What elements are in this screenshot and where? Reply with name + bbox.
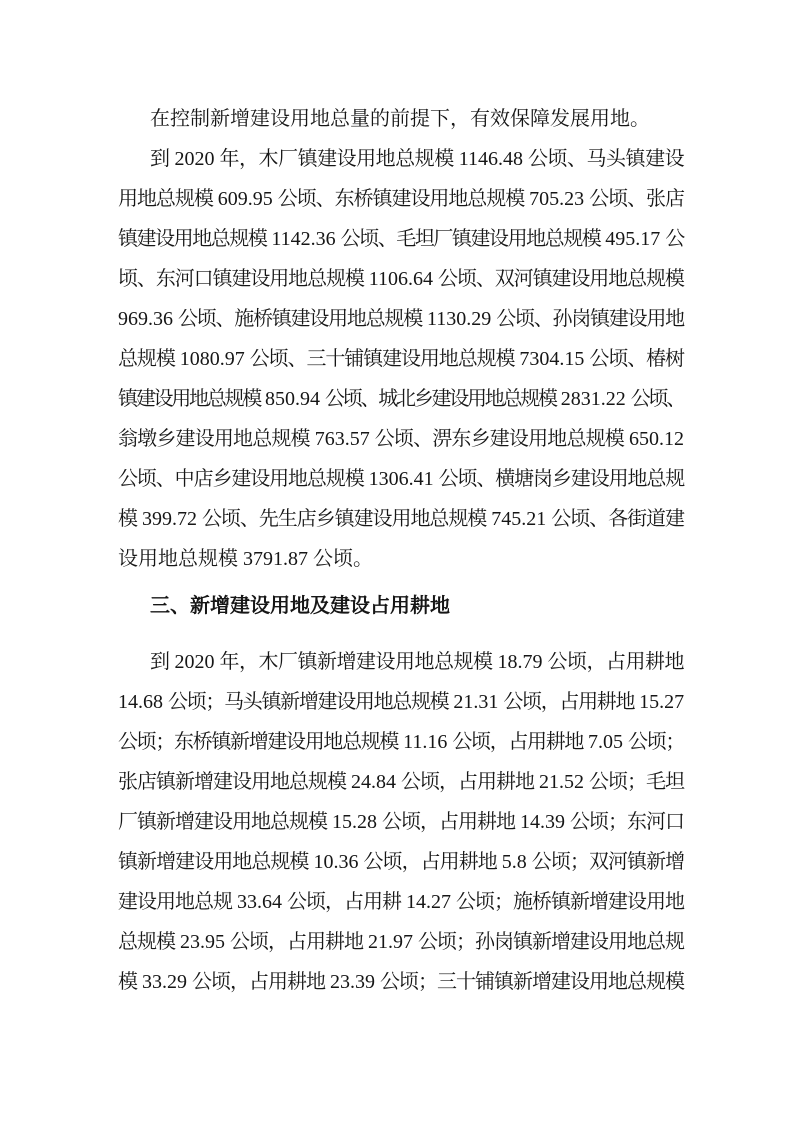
paragraph-intro: 在控制新增建设用地总量的前提下，有效保障发展用地。 <box>118 99 684 139</box>
paragraph-line: 总规模 1080.97 公顷、三十铺镇建设用地总规模 7304.15 公顷、椿树 <box>118 339 684 379</box>
paragraph-line: 镇新增建设用地总规模 10.36 公顷，占用耕地 5.8 公顷；双河镇新增 <box>118 842 684 882</box>
paragraph-line: 在控制新增建设用地总量的前提下，有效保障发展用地。 <box>118 99 684 139</box>
section-heading: 三、新增建设用地及建设占用耕地 <box>118 586 684 626</box>
paragraph-line: 公顷；东桥镇新增建设用地总规模 11.16 公顷，占用耕地 7.05 公顷； <box>118 722 684 762</box>
paragraph-line: 翁墩乡建设用地总规模 763.57 公顷、淠东乡建设用地总规模 650.12 <box>118 419 684 459</box>
text-content: 在控制新增建设用地总量的前提下，有效保障发展用地。 到 2020 年，木厂镇建设… <box>118 99 684 1002</box>
paragraph-line: 建设用地总规 33.64 公顷，占用耕 14.27 公顷；施桥镇新增建设用地 <box>118 882 684 922</box>
paragraph-line: 公顷、中店乡建设用地总规模 1306.41 公顷、横塘岗乡建设用地总规 <box>118 459 684 499</box>
paragraph-line: 969.36 公顷、施桥镇建设用地总规模 1130.29 公顷、孙岗镇建设用地 <box>118 299 684 339</box>
paragraph-line: 模 399.72 公顷、先生店乡镇建设用地总规模 745.21 公顷、各街道建 <box>118 499 684 539</box>
paragraph-line: 到 2020 年，木厂镇新增建设用地总规模 18.79 公顷，占用耕地 <box>118 642 684 682</box>
section-heading-block: 三、新增建设用地及建设占用耕地 <box>118 586 684 626</box>
paragraph-line: 模 33.29 公顷，占用耕地 23.39 公顷；三十铺镇新增建设用地总规模 <box>118 962 684 1002</box>
paragraph-line: 用地总规模 609.95 公顷、东桥镇建设用地总规模 705.23 公顷、张店 <box>118 179 684 219</box>
paragraph-line: 到 2020 年，木厂镇建设用地总规模 1146.48 公顷、马头镇建设 <box>118 139 684 179</box>
paragraph-total-scale: 到 2020 年，木厂镇建设用地总规模 1146.48 公顷、马头镇建设 用地总… <box>118 139 684 579</box>
paragraph-line: 镇建设用地总规模 850.94 公顷、城北乡建设用地总规模 2831.22 公顷… <box>118 379 684 419</box>
document-page: 在控制新增建设用地总量的前提下，有效保障发展用地。 到 2020 年，木厂镇建设… <box>0 0 793 1122</box>
paragraph-line: 厂镇新增建设用地总规模 15.28 公顷，占用耕地 14.39 公顷；东河口 <box>118 802 684 842</box>
paragraph-new-land: 到 2020 年，木厂镇新增建设用地总规模 18.79 公顷，占用耕地 14.6… <box>118 642 684 1002</box>
paragraph-line: 总规模 23.95 公顷，占用耕地 21.97 公顷；孙岗镇新增建设用地总规 <box>118 922 684 962</box>
paragraph-line: 张店镇新增建设用地总规模 24.84 公顷，占用耕地 21.52 公顷；毛坦 <box>118 762 684 802</box>
paragraph-line: 14.68 公顷；马头镇新增建设用地总规模 21.31 公顷，占用耕地 15.2… <box>118 682 684 722</box>
paragraph-line: 镇建设用地总规模 1142.36 公顷、毛坦厂镇建设用地总规模 495.17 公 <box>118 219 684 259</box>
paragraph-line: 设用地总规模 3791.87 公顷。 <box>118 539 684 579</box>
paragraph-line: 顷、东河口镇建设用地总规模 1106.64 公顷、双河镇建设用地总规模 <box>118 259 684 299</box>
